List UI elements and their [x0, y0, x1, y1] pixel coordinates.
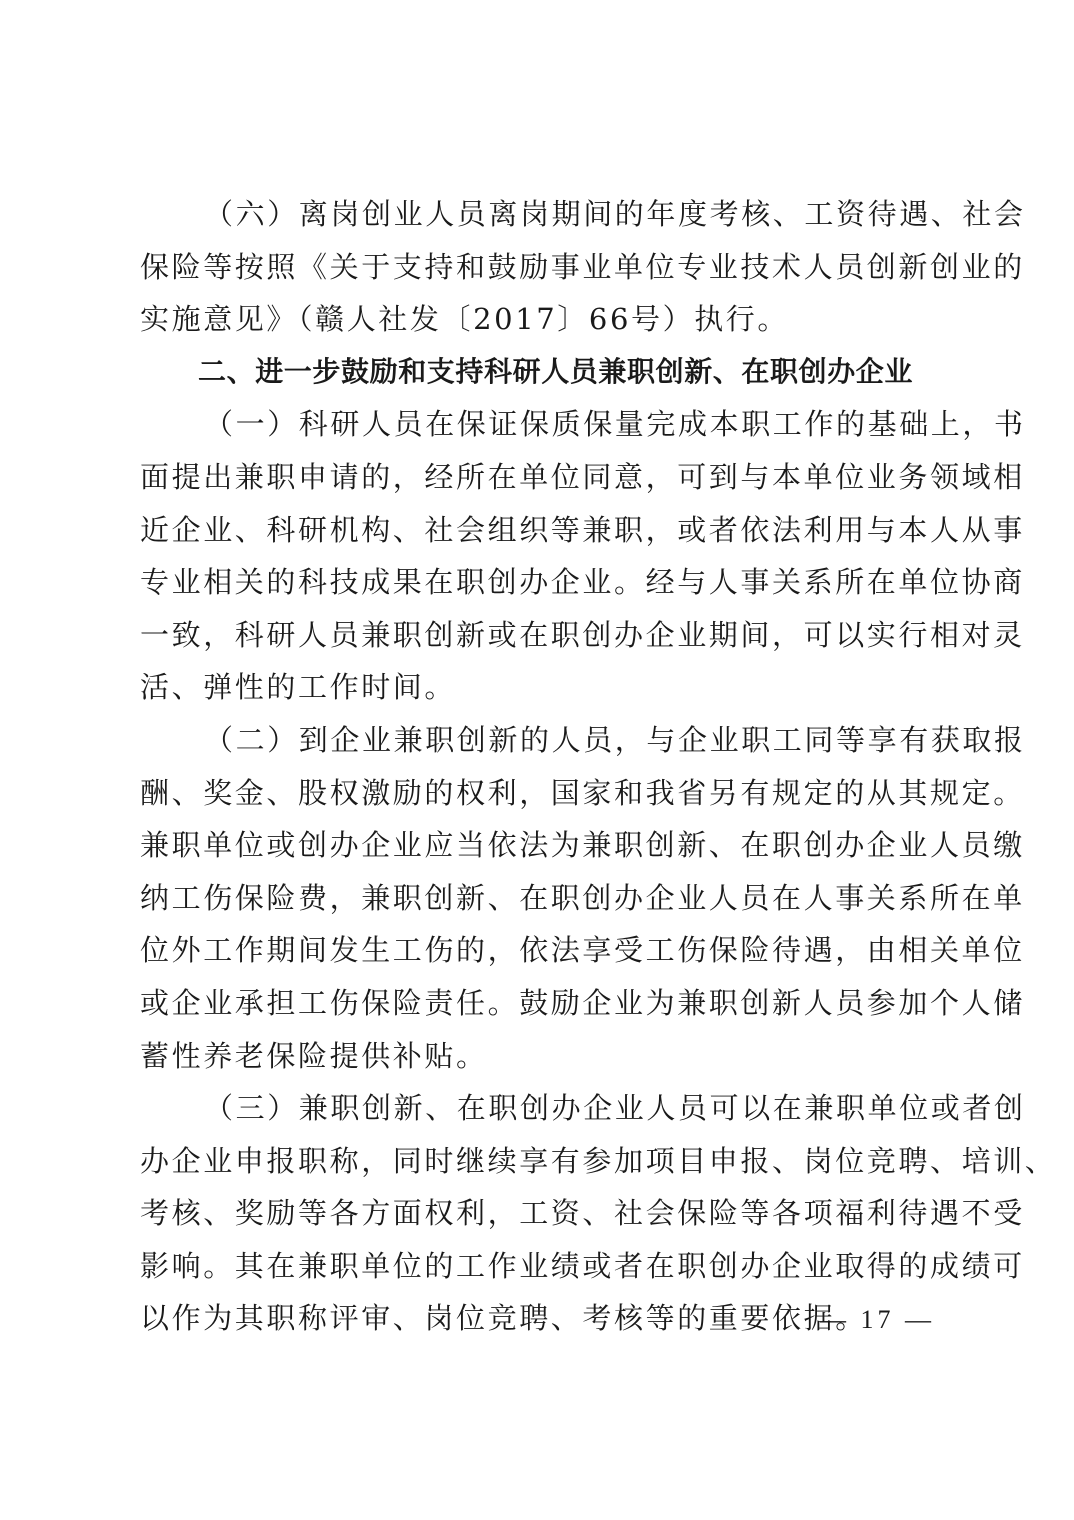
paragraph-item-2: （二）到企业兼职创新的人员，与企业职工同等享有获取报 酬、奖金、股权激励的权利，… [140, 714, 938, 1082]
paragraph-item-1: （一）科研人员在保证保质保量完成本职工作的基础上，书 面提出兼职申请的，经所在单… [140, 398, 938, 714]
text-line: 考核、奖励等各方面权利，工资、社会保险等各项福利待遇不受 [140, 1187, 938, 1240]
text-line: 一致，科研人员兼职创新或在职创办企业期间，可以实行相对灵 [140, 609, 938, 662]
text-line: 影响。其在兼职单位的工作业绩或者在职创办企业取得的成绩可 [140, 1240, 938, 1293]
section-heading: 二、进一步鼓励和支持科研人员兼职创新、在职创办企业 [140, 346, 938, 399]
text-line: 近企业、科研机构、社会组织等兼职，或者依法利用与本人从事 [140, 504, 938, 557]
text-line: 酬、奖金、股权激励的权利，国家和我省另有规定的从其规定。 [140, 767, 938, 820]
text-line: （二）到企业兼职创新的人员，与企业职工同等享有获取报 [140, 714, 938, 767]
text-line: （六）离岗创业人员离岗期间的年度考核、工资待遇、社会 [140, 188, 938, 241]
text-line: 实施意见》（赣人社发〔2017〕66号）执行。 [140, 293, 938, 346]
text-line: 蓄性养老保险提供补贴。 [140, 1030, 938, 1083]
text-line: 活、弹性的工作时间。 [140, 661, 938, 714]
page-number: — 17 — [820, 1305, 940, 1335]
text-line: 办企业申报职称，同时继续享有参加项目申报、岗位竞聘、培训、 [140, 1135, 938, 1188]
heading-text: 二、进一步鼓励和支持科研人员兼职创新、在职创办企业 [140, 346, 938, 399]
text-line: （一）科研人员在保证保质保量完成本职工作的基础上，书 [140, 398, 938, 451]
text-line: 保险等按照《关于支持和鼓励事业单位专业技术人员创新创业的 [140, 241, 938, 294]
text-line: （三）兼职创新、在职创办企业人员可以在兼职单位或者创 [140, 1082, 938, 1135]
text-line: 纳工伤保险费，兼职创新、在职创办企业人员在人事关系所在单 [140, 872, 938, 925]
text-line: 专业相关的科技成果在职创办企业。经与人事关系所在单位协商 [140, 556, 938, 609]
paragraph-item-6: （六）离岗创业人员离岗期间的年度考核、工资待遇、社会 保险等按照《关于支持和鼓励… [140, 188, 938, 346]
document-page: （六）离岗创业人员离岗期间的年度考核、工资待遇、社会 保险等按照《关于支持和鼓励… [140, 188, 938, 1345]
text-line: 位外工作期间发生工伤的，依法享受工伤保险待遇，由相关单位 [140, 924, 938, 977]
paragraph-item-3: （三）兼职创新、在职创办企业人员可以在兼职单位或者创 办企业申报职称，同时继续享… [140, 1082, 938, 1345]
text-line: 面提出兼职申请的，经所在单位同意，可到与本单位业务领域相 [140, 451, 938, 504]
text-line: 以作为其职称评审、岗位竞聘、考核等的重要依据。 [140, 1292, 938, 1345]
text-line: 或企业承担工伤保险责任。鼓励企业为兼职创新人员参加个人储 [140, 977, 938, 1030]
text-line: 兼职单位或创办企业应当依法为兼职创新、在职创办企业人员缴 [140, 819, 938, 872]
